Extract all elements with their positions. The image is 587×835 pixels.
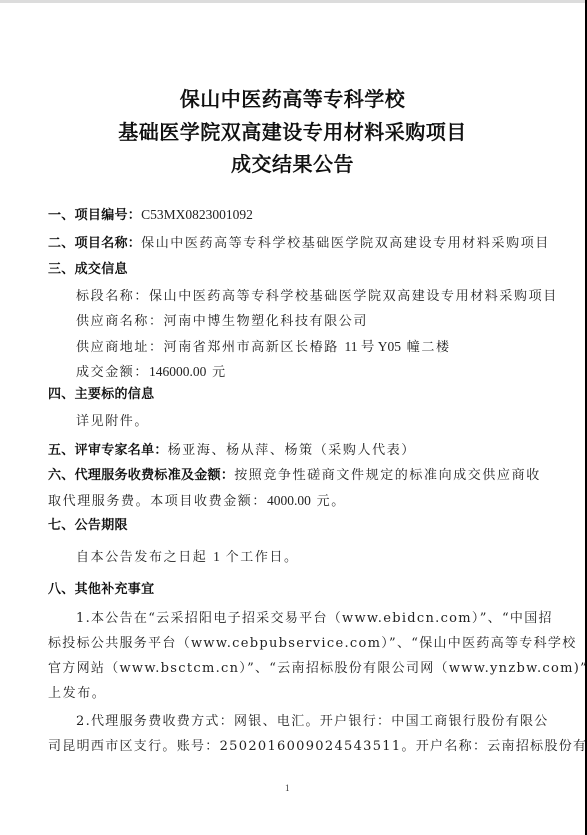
- notice-period-days: 1: [213, 549, 220, 564]
- supplier-address-number: 11 号 Y05: [345, 339, 402, 354]
- section-other-matters-heading: 八、其他补充事宜: [48, 582, 154, 598]
- doc-title-line-1: 保山中医药高等专科学校: [0, 83, 585, 112]
- section-expert-list: 五、评审专家名单：杨亚海、杨从萍、杨策（采购人代表）: [48, 443, 416, 459]
- other-matters-p1-line-3: 官方网站（www.bsctcm.cn）”、“云南招标股份有限公司网（www.yn…: [48, 661, 587, 677]
- expert-list-value: 杨亚海、杨从萍、杨策（采购人代表）: [168, 443, 416, 458]
- agency-fee-text: 取代理服务费。本项目收费金额：: [48, 494, 267, 509]
- deal-amount-unit: 元: [206, 365, 226, 380]
- doc-title-line-2: 基础医学院双高建设专用材料采购项目: [0, 116, 585, 145]
- agency-fee-line-2: 取代理服务费。本项目收费金额：4000.00 元。: [48, 493, 346, 510]
- deal-amount-value: 146000.00: [149, 364, 206, 379]
- viewer-top-bar: [0, 0, 587, 3]
- notice-period-unit: 个工作日。: [220, 550, 299, 565]
- deal-amount-label: 成交金额：: [76, 365, 149, 380]
- other-matters-p2-line-2: 司昆明西市区支行。账号：2502016009024543511。开户名称：云南招…: [48, 739, 587, 755]
- section-main-items-heading: 四、主要标的信息: [48, 387, 154, 403]
- other-matters-p1-line-2: 标投标公共服务平台（www.cebpubservice.com）”、“保山中医药…: [48, 636, 577, 652]
- lot-name: 标段名称：保山中医药高等专科学校基础医学院双高建设专用材料采购项目: [76, 289, 558, 305]
- deal-amount: 成交金额：146000.00 元: [76, 364, 227, 381]
- notice-period-text: 自本公告发布之日起: [76, 550, 213, 565]
- project-number-value: C53MX0823001092: [141, 207, 253, 222]
- other-matters-p1-line-1: 1.本公告在“云采招阳电子招采交易平台（www.ebidcn.com）”、“中国…: [76, 611, 553, 627]
- other-matters-p2-line-1: 2.代理服务费收费方式：网银、电汇。开户银行：中国工商银行股份有限公: [76, 714, 549, 730]
- other-matters-p1-line-4: 上发布。: [48, 686, 106, 702]
- section-heading: 五、评审专家名单：: [48, 443, 168, 458]
- agency-fee-line-1: 按照竞争性磋商文件规定的标准向成交供应商收: [234, 468, 541, 483]
- section-project-name: 二、项目名称：保山中医药高等专科学校基础医学院双高建设专用材料采购项目: [48, 236, 550, 252]
- main-items-body: 详见附件。: [76, 414, 149, 430]
- supplier-address: 供应商地址：河南省郑州市高新区长椿路 11 号 Y05 幢二楼: [76, 339, 451, 356]
- section-heading: 一、项目编号：: [48, 208, 141, 223]
- supplier-address-tail: 幢二楼: [401, 340, 451, 355]
- section-agency-fee: 六、代理服务收费标准及金额：按照竞争性磋商文件规定的标准向成交供应商收: [48, 468, 541, 484]
- section-heading: 二、项目名称：: [48, 236, 141, 251]
- page-number: 1: [285, 783, 290, 793]
- supplier-address-label: 供应商地址：河南省郑州市高新区长椿路: [76, 340, 345, 355]
- notice-period-body: 自本公告发布之日起 1 个工作日。: [76, 549, 299, 566]
- doc-title-line-3: 成交结果公告: [0, 148, 585, 177]
- project-name-value: 保山中医药高等专科学校基础医学院双高建设专用材料采购项目: [141, 236, 550, 251]
- agency-fee-amount: 4000.00: [267, 493, 311, 508]
- section-deal-info-heading: 三、成交信息: [48, 262, 128, 278]
- supplier-name: 供应商名称：河南中博生物塑化科技有限公司: [76, 314, 368, 330]
- section-project-number: 一、项目编号：C53MX0823001092: [48, 207, 253, 224]
- agency-fee-unit: 元。: [311, 494, 346, 509]
- section-notice-period-heading: 七、公告期限: [48, 518, 128, 534]
- section-heading: 六、代理服务收费标准及金额：: [48, 468, 234, 483]
